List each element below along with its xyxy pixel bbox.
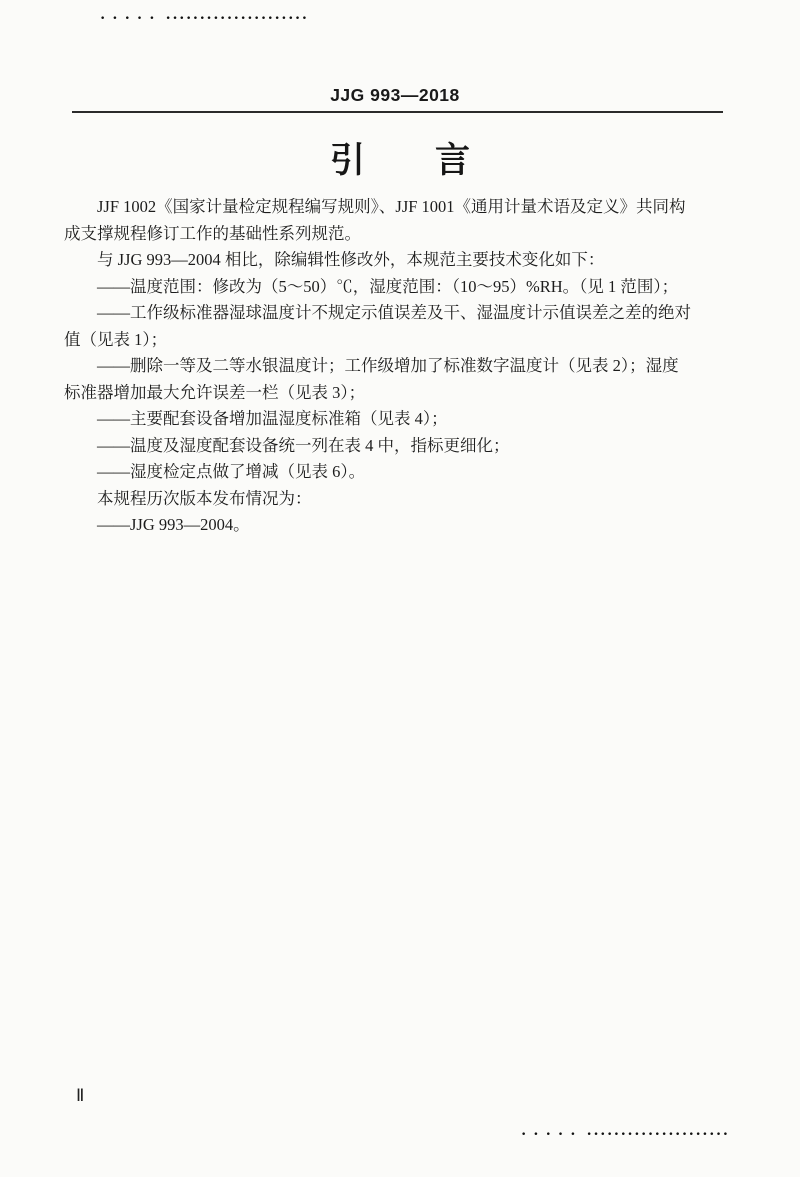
header-rule-divider [72,111,723,113]
dots-close: ••••••••••••••••••••• [166,14,309,24]
dots-spaced: ••••• [100,14,162,24]
bottom-binding-dots-decoration: •••••••••••••••••••••••••• [521,1122,730,1141]
text-line: 与 JJG 993—2004 相比，除编辑性修改外，本规范主要技术变化如下： [64,247,754,274]
text-line: 标准器增加最大允许误差一栏（见表 3）； [64,380,754,407]
text-line: ——删除一等及二等水银温度计；工作级增加了标准数字温度计（见表 2）；湿度 [64,353,754,380]
text-line: JJF 1002《国家计量检定规程编写规则》、JJF 1001《通用计量术语及定… [64,194,754,221]
document-page: •••••••••••••••••••••••••• JJG 993—2018 … [0,0,800,1177]
text-line: ——温度范围：修改为（5～50）℃，湿度范围：（10～95）%RH。（见 1 范… [64,274,754,301]
dots-close: ••••••••••••••••••••• [587,1130,730,1140]
text-line: ——温度及湿度配套设备统一列在表 4 中，指标更细化； [64,433,754,460]
text-line: ——湿度检定点做了增减（见表 6）。 [64,459,754,486]
top-binding-dots-decoration: •••••••••••••••••••••••••• [100,6,309,25]
text-line: 值（见表 1）； [64,327,754,354]
text-line: 成支撑规程修订工作的基础性系列规范。 [64,221,754,248]
text-line: ——JJG 993—2004。 [64,512,754,539]
document-code-header: JJG 993—2018 [0,85,790,106]
page-number: Ⅱ [76,1086,84,1106]
text-line: ——工作级标准器湿球温度计不规定示值误差及干、湿温度计示值误差之差的绝对 [64,300,754,327]
page-title: 引 言 [0,133,800,183]
text-line: ——主要配套设备增加温湿度标准箱（见表 4）； [64,406,754,433]
introduction-body: JJF 1002《国家计量检定规程编写规则》、JJF 1001《通用计量术语及定… [64,194,754,539]
dots-spaced: ••••• [521,1130,583,1140]
text-line: 本规程历次版本发布情况为： [64,486,754,513]
